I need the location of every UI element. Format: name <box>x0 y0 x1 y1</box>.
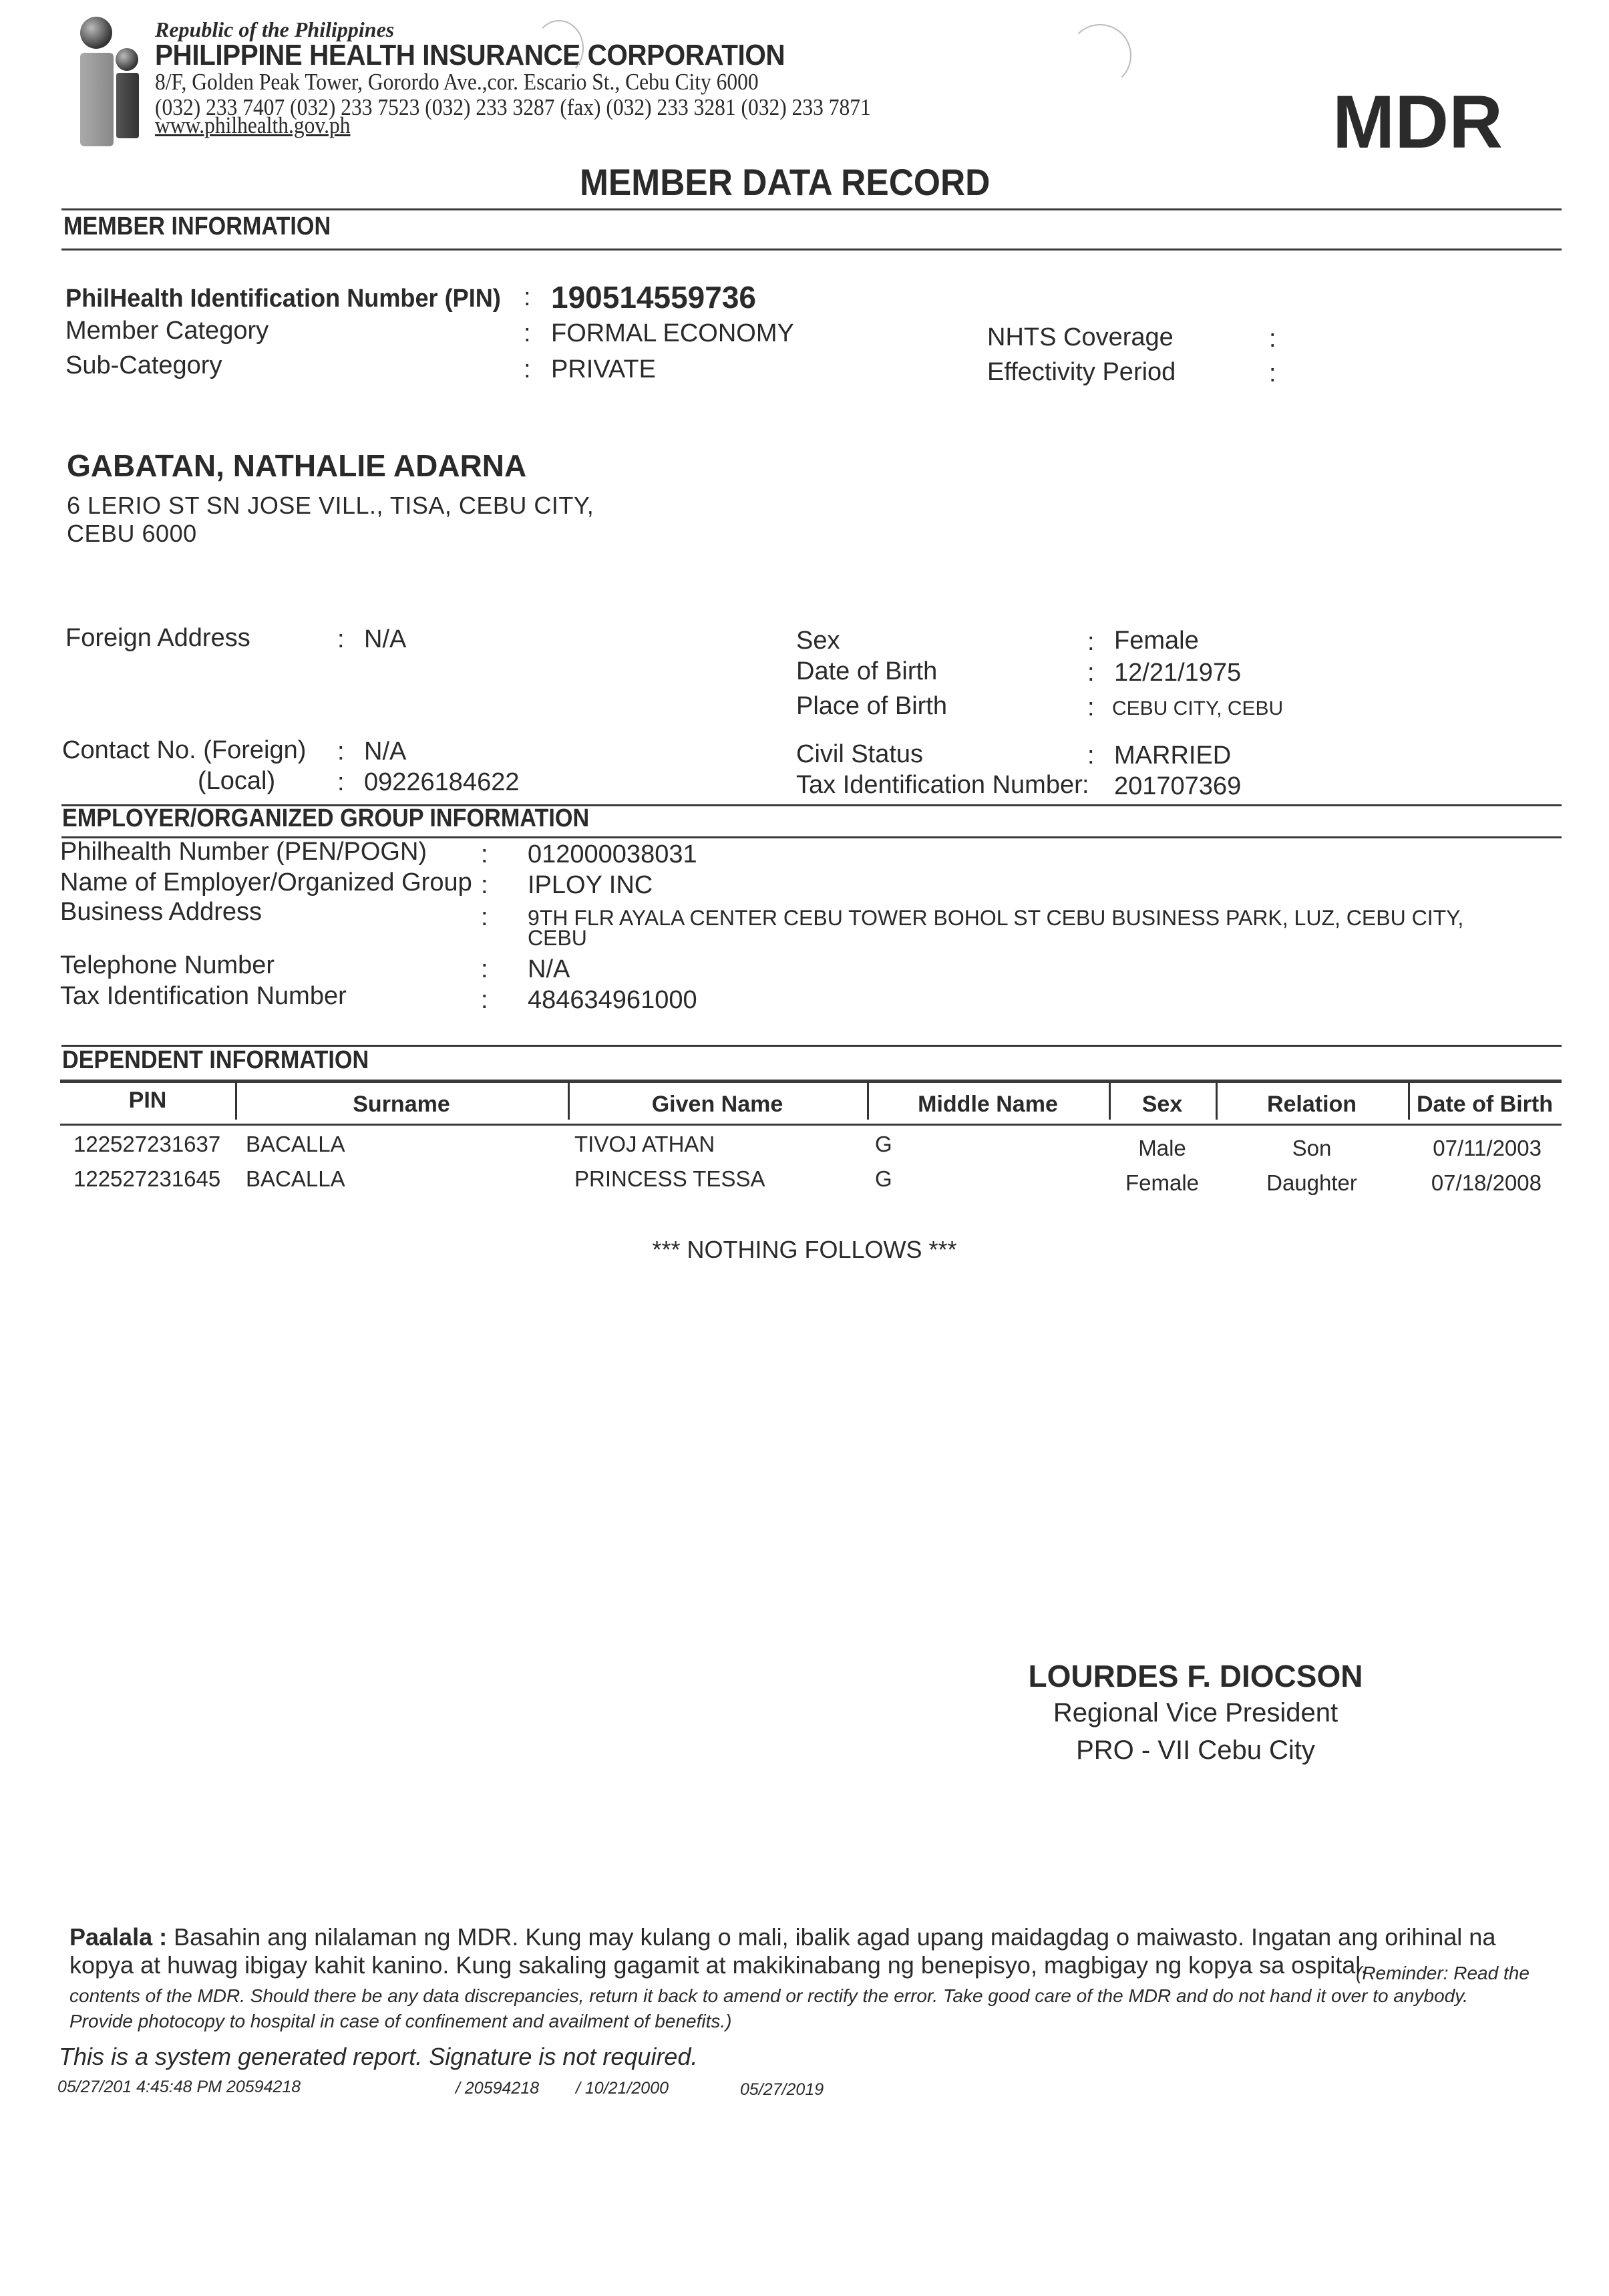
section-dependent-information: DEPENDENT INFORMATION <box>62 1046 369 1075</box>
colon: : <box>481 903 488 932</box>
cell-given-name: PRINCESS TESSA <box>574 1166 765 1192</box>
reminder-text: Basahin ang nilalaman ng MDR. Kung may k… <box>174 1923 1495 1951</box>
divider <box>61 208 1562 210</box>
table-header-bottom-rule <box>60 1124 1562 1126</box>
column-header-middle-name: Middle Name <box>867 1092 1109 1118</box>
pob-label: Place of Birth <box>796 692 947 721</box>
document-title: MEMBER DATA RECORD <box>580 160 990 204</box>
cell-date-of-birth: 07/18/2008 <box>1408 1170 1542 1196</box>
civil-status-label: Civil Status <box>796 740 923 769</box>
dob-label: Date of Birth <box>796 657 937 686</box>
cell-pin: 122527231637 <box>73 1132 220 1157</box>
member-address-line1: 6 LERIO ST SN JOSE VILL., TISA, CEBU CIT… <box>67 492 594 520</box>
pob-value: CEBU CITY, CEBU <box>1112 697 1283 720</box>
signatory-office: PRO - VII Cebu City <box>962 1736 1429 1766</box>
pin-label: PhilHealth Identification Number (PIN) <box>65 285 501 313</box>
signatory-name: LOURDES F. DIOCSON <box>962 1658 1429 1694</box>
website-link[interactable]: www.philhealth.gov.ph <box>155 112 351 139</box>
employer-tin-value: 484634961000 <box>528 986 697 1015</box>
colon: : <box>1269 359 1276 388</box>
section-member-information: MEMBER INFORMATION <box>63 212 331 241</box>
colon: : <box>337 625 345 654</box>
table-header-top-rule <box>60 1080 1562 1083</box>
contact-local-value: 09226184622 <box>364 768 519 797</box>
employer-name-value: IPLOY INC <box>528 871 653 900</box>
punch-hole-mark <box>1069 24 1131 87</box>
dob-value: 12/21/1975 <box>1114 659 1241 687</box>
colon: : <box>1087 693 1095 722</box>
colon: : <box>481 986 488 1015</box>
colon: : <box>1087 659 1095 687</box>
colon: : <box>481 871 488 900</box>
column-divider <box>1109 1082 1111 1120</box>
contact-local-label: (Local) <box>198 767 275 796</box>
column-header-pin: PIN <box>60 1088 235 1114</box>
contact-foreign-value: N/A <box>364 737 406 766</box>
effectivity-period-label: Effectivity Period <box>987 358 1176 387</box>
date-stamp-1: / 10/21/2000 <box>576 2079 669 2098</box>
column-header-relation: Relation <box>1216 1092 1408 1118</box>
colon: : <box>524 355 531 384</box>
pen-label: Philhealth Number (PEN/POGN) <box>60 838 427 866</box>
column-divider <box>235 1082 237 1120</box>
cell-pin: 122527231645 <box>73 1166 220 1192</box>
contact-foreign-label: Contact No. (Foreign) <box>62 736 306 765</box>
corporation-name: PHILIPPINE HEALTH INSURANCE CORPORATION <box>155 39 785 72</box>
reminder-text: kopya at huwag ibigay kahit kanino. Kung… <box>69 1951 1367 1979</box>
column-divider <box>568 1082 570 1120</box>
cell-surname: BACALLA <box>246 1166 345 1192</box>
sub-category-label: Sub-Category <box>65 351 222 380</box>
colon: : <box>1269 325 1276 353</box>
punch-hole-mark <box>534 20 584 76</box>
employer-tin-label: Tax Identification Number <box>60 982 347 1011</box>
philhealth-logo-icon <box>75 16 148 150</box>
foreign-address-value: N/A <box>364 625 406 654</box>
cell-surname: BACALLA <box>246 1132 345 1157</box>
business-address-line2: CEBU <box>528 926 587 951</box>
telephone-label: Telephone Number <box>60 951 275 980</box>
mdr-badge: MDR <box>1332 79 1503 165</box>
member-tin-label: Tax Identification Number <box>796 771 1083 800</box>
cell-middle-name: G <box>875 1132 892 1157</box>
colon: : <box>524 283 531 312</box>
pen-value: 012000038031 <box>528 840 697 869</box>
employer-name-label: Name of Employer/Organized Group <box>60 868 472 897</box>
colon: : <box>337 737 345 766</box>
column-header-sex: Sex <box>1109 1092 1216 1118</box>
cell-relation: Son <box>1216 1136 1408 1161</box>
reminder-line1: Paalala : Basahin ang nilalaman ng MDR. … <box>69 1924 1495 1951</box>
telephone-value: N/A <box>528 955 570 984</box>
column-header-date-of-birth: Date of Birth <box>1408 1092 1562 1118</box>
cell-sex: Male <box>1109 1136 1216 1161</box>
cell-date-of-birth: 07/11/2003 <box>1408 1136 1542 1161</box>
column-divider <box>867 1082 869 1120</box>
section-employer-information: EMPLOYER/ORGANIZED GROUP INFORMATION <box>62 804 589 833</box>
divider <box>61 249 1562 251</box>
column-divider <box>1216 1082 1218 1120</box>
civil-status-value: MARRIED <box>1114 742 1231 770</box>
pin-value: 190514559736 <box>551 279 756 315</box>
column-header-given-name: Given Name <box>568 1092 867 1118</box>
member-category-value: FORMAL ECONOMY <box>551 319 794 348</box>
sex-value: Female <box>1114 627 1199 655</box>
system-generated-notice: This is a system generated report. Signa… <box>59 2043 697 2071</box>
cell-middle-name: G <box>875 1166 892 1192</box>
member-address-line2: CEBU 6000 <box>67 520 197 548</box>
cell-relation: Daughter <box>1216 1170 1408 1196</box>
user-stamp: / 20594218 <box>456 2079 539 2098</box>
sex-label: Sex <box>796 627 840 655</box>
colon: : <box>1082 771 1089 800</box>
business-address-line1: 9TH FLR AYALA CENTER CEBU TOWER BOHOL ST… <box>528 906 1463 931</box>
print-stamp: 05/27/201 4:45:48 PM 20594218 <box>57 2078 301 2097</box>
member-category-label: Member Category <box>65 317 269 345</box>
colon: : <box>1087 742 1095 770</box>
colon: : <box>1087 628 1095 657</box>
foreign-address-label: Foreign Address <box>65 624 250 653</box>
nhts-coverage-label: NHTS Coverage <box>987 323 1174 352</box>
signatory-position: Regional Vice President <box>962 1698 1429 1728</box>
corporation-address: 8/F, Golden Peak Tower, Gorordo Ave.,cor… <box>155 69 759 96</box>
reminder-english-start: (Reminder: Read the <box>1356 1963 1530 1984</box>
colon: : <box>524 319 531 348</box>
cell-sex: Female <box>1109 1170 1216 1196</box>
reminder-english-line1: contents of the MDR. Should there be any… <box>69 1985 1468 2007</box>
reminder-label: Paalala : <box>69 1923 167 1951</box>
member-tin-value: 201707369 <box>1114 772 1241 801</box>
sub-category-value: PRIVATE <box>551 355 656 384</box>
colon: : <box>481 840 488 869</box>
cell-given-name: TIVOJ ATHAN <box>574 1132 715 1157</box>
colon: : <box>481 955 488 984</box>
date-stamp-2: 05/27/2019 <box>740 2080 824 2100</box>
nothing-follows-marker: *** NOTHING FOLLOWS *** <box>0 1236 1609 1264</box>
member-name: GABATAN, NATHALIE ADARNA <box>67 448 526 484</box>
column-header-surname: Surname <box>235 1092 568 1118</box>
reminder-english-line2: Provide photocopy to hospital in case of… <box>69 2011 731 2032</box>
reminder-line2: kopya at huwag ibigay kahit kanino. Kung… <box>69 1952 1367 1979</box>
column-divider <box>1408 1082 1410 1120</box>
colon: : <box>337 768 345 797</box>
business-address-label: Business Address <box>60 898 262 927</box>
